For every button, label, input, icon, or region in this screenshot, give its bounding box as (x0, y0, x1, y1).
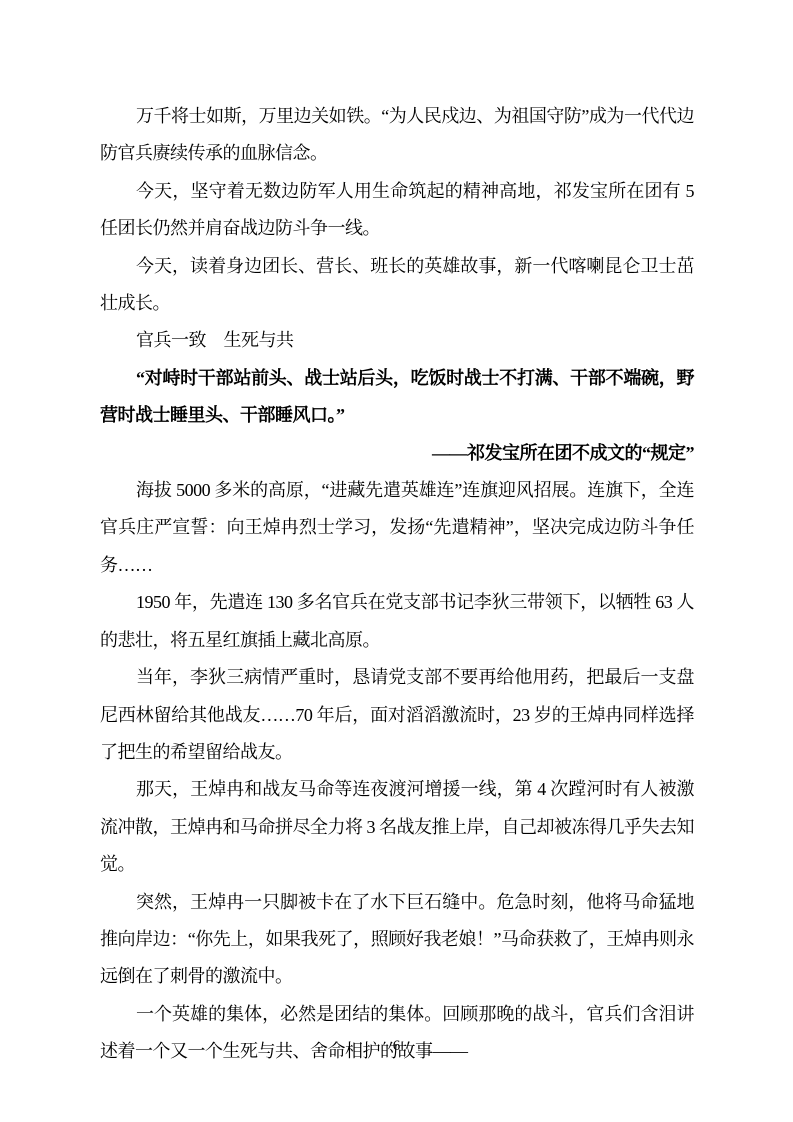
document-body: 万千将士如斯，万里边关如铁。“为人民戍边、为祖国守防”成为一代代边防官兵赓续传承… (100, 98, 694, 1071)
paragraph-heading: 官兵一致 生死与共 (100, 322, 694, 359)
paragraph-body: 今天，读着身边团长、营长、班长的英雄故事，新一代喀喇昆仑卫士茁壮成长。 (100, 248, 694, 323)
paragraph-body: 那天，王焯冉和战友马命等连夜渡河增援一线，第 4 次蹚河时有人被激流冲散，王焯冉… (100, 771, 694, 883)
paragraph-body: 1950 年，先遣连 130 多名官兵在党支部书记李狄三带领下，以牺牲 63 人… (100, 584, 694, 659)
paragraph-body: 一个英雄的集体，必然是团结的集体。回顾那晚的战斗，官兵们含泪讲述着一个又一个生死… (100, 996, 694, 1071)
paragraph-body: 突然，王焯冉一只脚被卡在了水下巨石缝中。危急时刻，他将马命猛地推向岸边：“你先上… (100, 884, 694, 996)
paragraph-body: 万千将士如斯，万里边关如铁。“为人民戍边、为祖国守防”成为一代代边防官兵赓续传承… (100, 98, 694, 173)
page-number: 6 (0, 1036, 793, 1056)
paragraph-attribution: ——祁发宝所在团不成文的“规定” (100, 435, 694, 472)
paragraph-body: 今天，坚守着无数边防军人用生命筑起的精神高地，祁发宝所在团有 5 任团长仍然并肩… (100, 173, 694, 248)
paragraph-body: 当年，李狄三病情严重时，恳请党支部不要再给他用药，把最后一支盘尼西林留给其他战友… (100, 659, 694, 771)
document-page: 万千将士如斯，万里边关如铁。“为人民戍边、为祖国守防”成为一代代边防官兵赓续传承… (0, 0, 793, 1122)
paragraph-body: 海拔 5000 多米的高原，“进藏先遣英雄连”连旗迎风招展。连旗下，全连官兵庄严… (100, 472, 694, 584)
paragraph-quote: “对峙时干部站前头、战士站后头，吃饭时战士不打满、干部不端碗，野营时战士睡里头、… (100, 360, 694, 435)
